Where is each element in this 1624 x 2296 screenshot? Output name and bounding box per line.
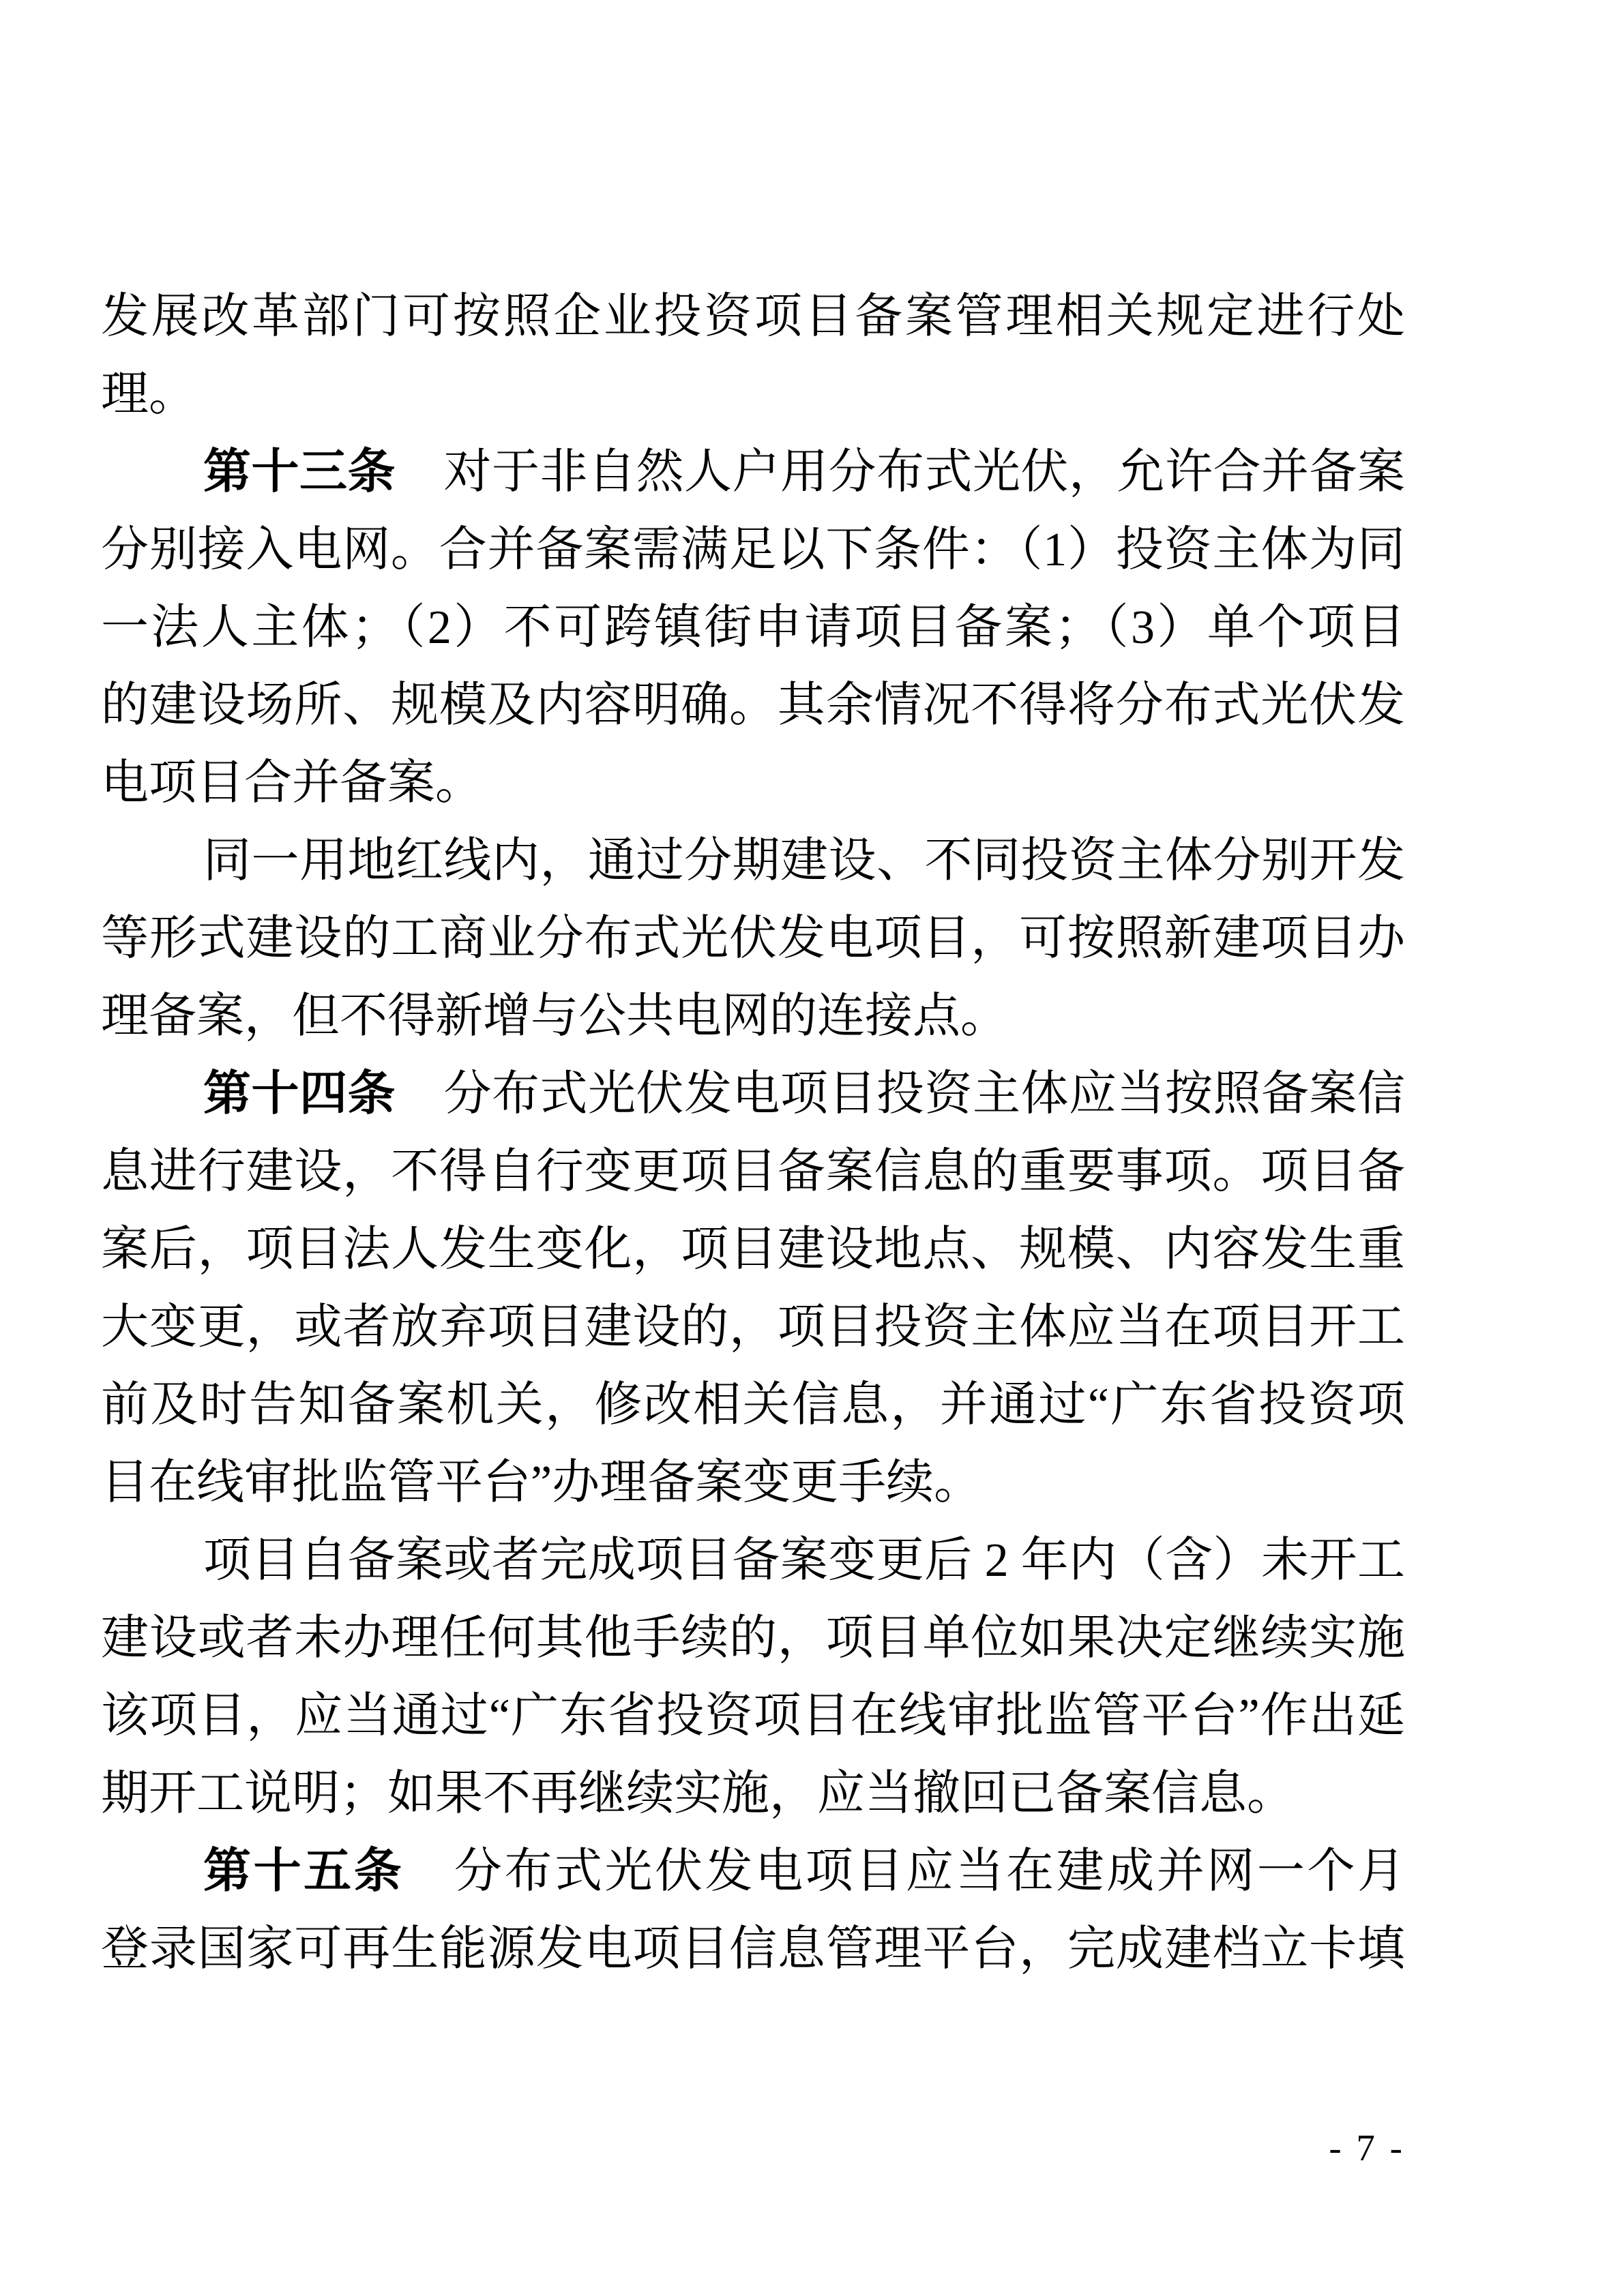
paragraph-line: 项目自备案或者完成项目备案变更后 2 年内（含）未开工 <box>101 1522 1405 1600</box>
paragraph-line: 息进行建设，不得自行变更项目备案信息的重要事项。项目备 <box>101 1133 1405 1211</box>
paragraph-line: 目在线审批监管平台”办理备案变更手续。 <box>101 1444 1405 1522</box>
paragraph-line: 第十四条 分布式光伏发电项目投资主体应当按照备案信 <box>101 1056 1405 1133</box>
paragraph-line: 期开工说明；如果不再继续实施，应当撤回已备案信息。 <box>101 1755 1405 1833</box>
paragraph-line: 理。 <box>101 356 1405 434</box>
paragraph-line: 的建设场所、规模及内容明确。其余情况不得将分布式光伏发 <box>101 667 1405 745</box>
paragraph-line: 大变更，或者放弃项目建设的，项目投资主体应当在项目开工 <box>101 1289 1405 1367</box>
paragraph-line: 等形式建设的工商业分布式光伏发电项目，可按照新建项目办 <box>101 900 1405 978</box>
paragraph-line: 发展改革部门可按照企业投资项目备案管理相关规定进行处 <box>101 278 1405 356</box>
paragraph-line: 第十三条 对于非自然人户用分布式光伏，允许合并备案并 <box>101 434 1405 511</box>
paragraph-line: 前及时告知备案机关，修改相关信息，并通过“广东省投资项 <box>101 1367 1405 1444</box>
paragraph-line: 一法人主体；（2）不可跨镇街申请项目备案；（3）单个项目 <box>101 589 1405 667</box>
line-text: 分布式光伏发电项目投资主体应当按照备案信 <box>396 1068 1405 1120</box>
paragraph-line: 建设或者未办理任何其他手续的，项目单位如果决定继续实施 <box>101 1600 1405 1678</box>
article-heading: 第十四条 <box>203 1068 396 1120</box>
paragraph-line: 该项目，应当通过“广东省投资项目在线审批监管平台”作出延 <box>101 1678 1405 1755</box>
paragraph-line: 电项目合并备案。 <box>101 745 1405 822</box>
paragraph-line: 第十五条 分布式光伏发电项目应当在建成并网一个月内， <box>101 1833 1405 1911</box>
paragraph-line: 分别接入电网。合并备案需满足以下条件：（1）投资主体为同 <box>101 511 1405 589</box>
document-page: 发展改革部门可按照企业投资项目备案管理相关规定进行处 理。 第十三条 对于非自然… <box>0 0 1624 2296</box>
page-number: - 7 - <box>1329 2126 1405 2170</box>
paragraph-line: 同一用地红线内，通过分期建设、不同投资主体分别开发 <box>101 822 1405 900</box>
document-body: 发展改革部门可按照企业投资项目备案管理相关规定进行处 理。 第十三条 对于非自然… <box>101 278 1405 1988</box>
paragraph-line: 登录国家可再生能源发电项目信息管理平台，完成建档立卡填 <box>101 1911 1405 1988</box>
paragraph-line: 理备案，但不得新增与公共电网的连接点。 <box>101 978 1405 1056</box>
article-heading: 第十五条 <box>203 1845 404 1898</box>
article-heading: 第十三条 <box>203 446 396 498</box>
paragraph-line: 案后，项目法人发生变化，项目建设地点、规模、内容发生重 <box>101 1211 1405 1289</box>
